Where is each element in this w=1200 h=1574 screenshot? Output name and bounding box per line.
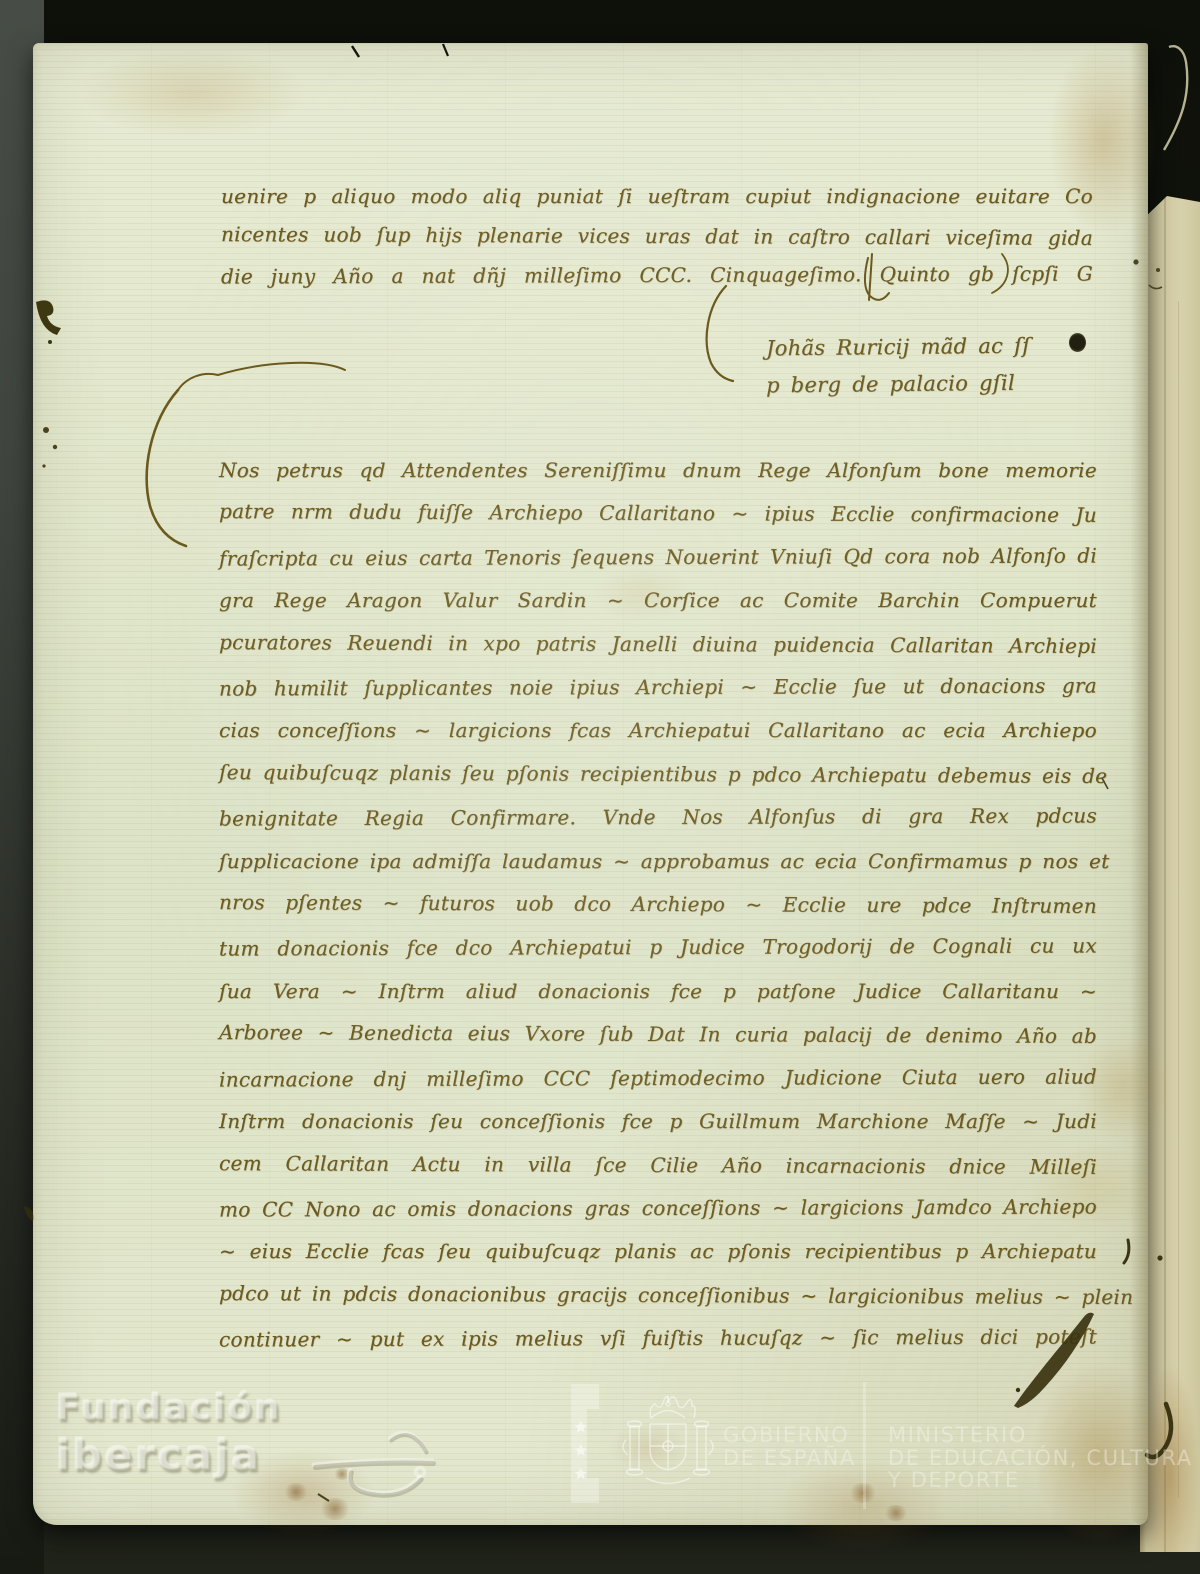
page-curl-edge <box>1164 46 1187 150</box>
manuscript-body-block: Nos petrus qd Attendentes Sereniſſimu dn… <box>219 449 1097 1361</box>
manuscript-line: Nos petrus qd Attendentes Sereniſſimu dn… <box>219 449 1097 492</box>
signature-line: Johãs Ruricij mãd ac ſſ <box>766 328 1031 368</box>
manuscript-line: pcuratores Reuendi in xpo patris Janelli… <box>219 621 1097 668</box>
manuscript-signature-block: Johãs Ruricij mãd ac ſſp berg de palacio… <box>766 329 1030 403</box>
manuscript-line: fraſcripta cu eius carta Tenoris ſequens… <box>219 534 1097 580</box>
signature-line: p berg de palacio gſil <box>766 365 1031 405</box>
manuscript-line: continuer ~ put ex ipis melius vſi fuiſt… <box>219 1316 1097 1362</box>
manuscript-line: nicentes uob ſup hijs plenarie vices ura… <box>221 215 1093 258</box>
manuscript-line: uenire p aliquo modo aliq puniat ſi ueſt… <box>221 177 1093 217</box>
manuscript-line: patre nrm dudu fuiſſe Archiepo Callarita… <box>219 490 1097 537</box>
photo-stage: uenire p aliquo modo aliq puniat ſi ueſt… <box>0 0 1200 1574</box>
folio-crease-line <box>1164 192 1166 1552</box>
manuscript-line: cem Callaritan Actu in villa ſce Cilie A… <box>219 1142 1097 1189</box>
manuscript-line: ſupplicacione ipa admiſſa laudamus ~ app… <box>219 840 1097 883</box>
manuscript-line: nros pſentes ~ futuros uob dco Archiepo … <box>219 881 1097 928</box>
manuscript-line: gra Rege Aragon Valur Sardin ~ Corſice a… <box>219 579 1097 622</box>
paper-stain <box>773 1458 953 1553</box>
manuscript-line: die juny Año a nat dñj milleſimo CCC. Ci… <box>221 254 1093 297</box>
manuscript-line: benignitate Regia Confirmare. Vnde Nos A… <box>219 795 1097 841</box>
paper-stain <box>78 48 308 138</box>
folio-crease-line <box>1178 301 1179 1498</box>
adjacent-folio-edge <box>1140 192 1200 1552</box>
foxing-spot <box>283 1483 309 1501</box>
manuscript-line: pdco ut in pdcis donacionibus gracijs co… <box>219 1272 1097 1319</box>
manuscript-line: mo CC Nono ac omis donacions gras conceſ… <box>219 1185 1097 1231</box>
manuscript-line: ſua Vera ~ Inſtrm aliud donacionis fce p… <box>219 970 1097 1013</box>
foxing-spot <box>848 1483 878 1503</box>
manuscript-line: nob humilit ſupplicantes noie ipius Arch… <box>219 664 1097 710</box>
paper-stain <box>608 1423 688 1473</box>
manuscript-line: Inſtrm donacionis ſeu conceſſionis fce p… <box>219 1100 1097 1143</box>
manuscript-line: Arboree ~ Benedicta eius Vxore ſub Dat I… <box>219 1011 1097 1058</box>
foxing-spot <box>318 1498 352 1520</box>
manuscript-page: uenire p aliquo modo aliq puniat ſi ueſt… <box>33 43 1148 1525</box>
foxing-spot <box>883 1505 909 1521</box>
foxing-spot <box>333 1468 351 1480</box>
manuscript-top-block: uenire p aliquo modo aliq puniat ſi ueſt… <box>221 177 1093 296</box>
folio-stain <box>1140 1362 1200 1552</box>
manuscript-line: ~ eius Ecclie fcas ſeu quibuſcuqz planis… <box>219 1230 1097 1273</box>
manuscript-line: cias conceſſions ~ largicions fcas Archi… <box>219 709 1097 752</box>
manuscript-line: incarnacione dnj milleſimo CCC ſeptimode… <box>219 1055 1097 1101</box>
manuscript-line: ſeu quibuſcuqz planis ſeu pſonis recipie… <box>219 751 1097 798</box>
manuscript-line: tum donacionis fce dco Archiepatui p Jud… <box>219 925 1097 971</box>
wormhole <box>1069 333 1086 352</box>
page-fold-shadow <box>1130 43 1148 1525</box>
